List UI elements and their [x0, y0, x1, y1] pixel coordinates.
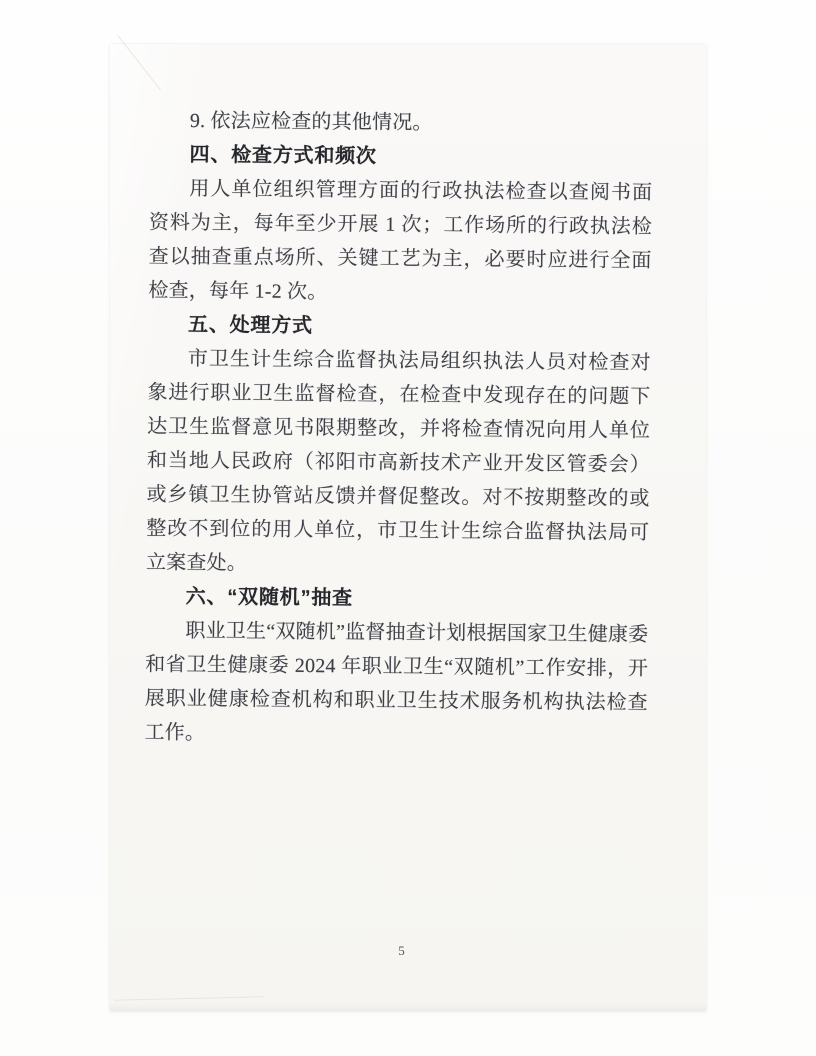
- heading-section-5-handling-method: 五、处理方式: [148, 308, 651, 346]
- paper-crease-bottom-left: [114, 996, 264, 1000]
- para-double-random-plan: 职业卫生“双随机”监督抽查计划根据国家卫生健康委和省卫生健康委 2024 年职业…: [144, 614, 648, 754]
- para-inspection-method-frequency: 用人单位组织管理方面的行政执法检查以查阅书面资料为主，每年至少开展 1 次；工作…: [148, 172, 652, 312]
- heading-section-4-inspection-method-frequency: 四、检查方式和频次: [149, 138, 652, 176]
- scan-background: 9. 依法应检查的其他情况。 四、检查方式和频次 用人单位组织管理方面的行政执法…: [0, 0, 816, 1056]
- page-number: 5: [150, 942, 653, 960]
- heading-section-6-double-random-spot-check: 六、“双随机”抽查: [146, 580, 649, 618]
- para-other-situations: 9. 依法应检查的其他情况。: [150, 104, 653, 142]
- document-body: 9. 依法应检查的其他情况。 四、检查方式和频次 用人单位组织管理方面的行政执法…: [144, 104, 653, 754]
- para-handling-method: 市卫生计生综合监督执法局组织执法人员对检查对象进行职业卫生监督检查，在检查中发现…: [146, 342, 651, 584]
- paper-crease-top-left: [117, 35, 161, 91]
- document-page: 9. 依法应检查的其他情况。 四、检查方式和频次 用人单位组织管理方面的行政执法…: [110, 44, 706, 1011]
